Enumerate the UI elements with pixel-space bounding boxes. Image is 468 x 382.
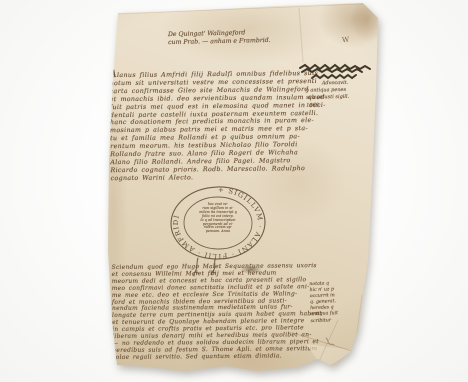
photograph-canvas: De Quingat' Walingefordcum Prab. — anham…	[0, 0, 468, 382]
paper-shadow: De Quingat' Walingefordcum Prab. — anham…	[0, 0, 468, 382]
paper-creases	[0, 0, 468, 382]
manuscript-paper: De Quingat' Walingefordcum Prab. — anham…	[0, 0, 468, 382]
